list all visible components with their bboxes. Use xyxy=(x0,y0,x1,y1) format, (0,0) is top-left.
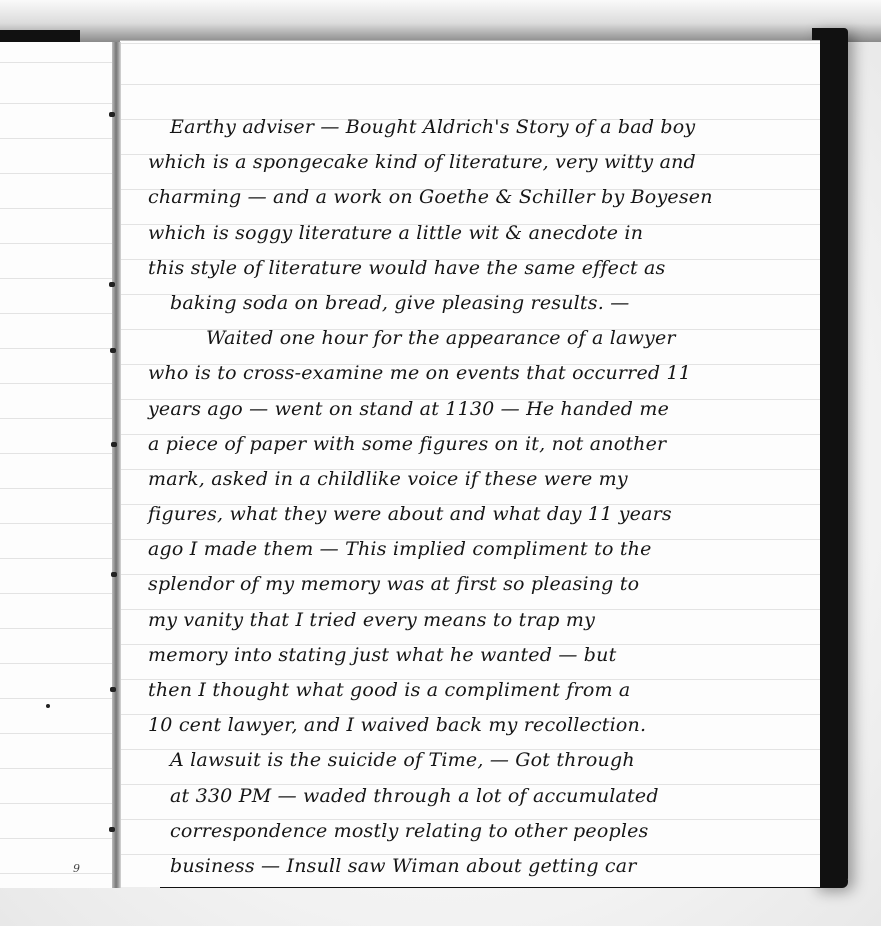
text-line: figures, what they were about and what d… xyxy=(148,497,808,532)
binding-stitch-mark xyxy=(109,282,115,287)
text-line: memory into stating just what he wanted … xyxy=(148,638,808,673)
text-line: Earthy adviser — Bought Aldrich's Story … xyxy=(148,110,808,145)
binding-stitch-mark xyxy=(110,687,116,692)
text-line: correspondence mostly relating to other … xyxy=(148,814,808,849)
text-line: ago I made them — This implied complimen… xyxy=(148,532,808,567)
text-line: baking soda on bread, give pleasing resu… xyxy=(148,286,808,321)
page-number: 9 xyxy=(73,862,80,875)
text-line: charming — and a work on Goethe & Schill… xyxy=(148,180,808,215)
binding-stitch-mark xyxy=(111,572,117,577)
notebook-top-shadow xyxy=(0,0,881,42)
text-line: a piece of paper with some figures on it… xyxy=(148,427,808,462)
text-line: who is to cross-examine me on events tha… xyxy=(148,356,808,391)
text-line: which is soggy literature a little wit &… xyxy=(148,216,808,251)
notebook-gutter xyxy=(112,42,121,888)
binding-stitch-mark xyxy=(110,348,116,353)
left-page xyxy=(0,42,113,888)
handwritten-journal-entry: Earthy adviser — Bought Aldrich's Story … xyxy=(148,110,808,884)
text-line: business — Insull saw Wiman about gettin… xyxy=(148,849,808,884)
text-line: at 330 PM — waded through a lot of accum… xyxy=(148,779,808,814)
ink-dot xyxy=(46,704,50,708)
binding-stitch-mark xyxy=(109,827,115,832)
text-line: this style of literature would have the … xyxy=(148,251,808,286)
text-line: 10 cent lawyer, and I waived back my rec… xyxy=(148,708,808,743)
text-line: my vanity that I tried every means to tr… xyxy=(148,603,808,638)
text-line: years ago — went on stand at 1130 — He h… xyxy=(148,392,808,427)
text-line: which is a spongecake kind of literature… xyxy=(148,145,808,180)
text-line: mark, asked in a childlike voice if thes… xyxy=(148,462,808,497)
text-line: A lawsuit is the suicide of Time, — Got … xyxy=(148,743,808,778)
binding-stitch-mark xyxy=(109,112,115,117)
notebook-cover-left-edge xyxy=(0,30,80,42)
text-line: then I thought what good is a compliment… xyxy=(148,673,808,708)
text-line: splendor of my memory was at first so pl… xyxy=(148,567,808,602)
paragraph-start-line: Waited one hour for the appearance of a … xyxy=(148,321,808,356)
binding-stitch-mark xyxy=(111,442,117,447)
